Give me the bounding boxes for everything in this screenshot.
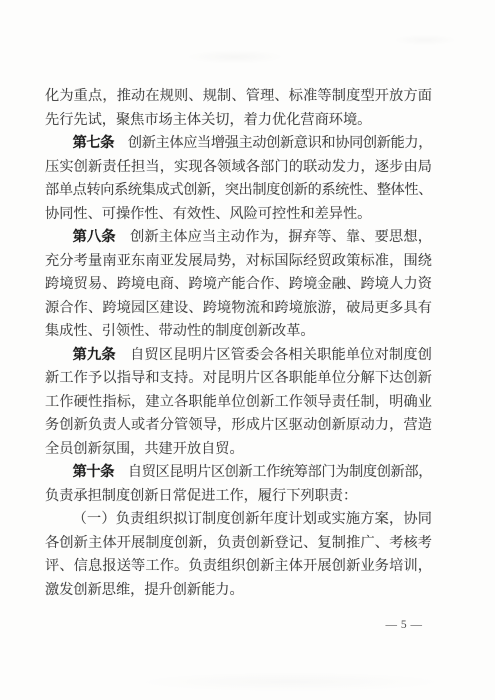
text-line: 跨境贸易、跨境电商、跨境产能合作、跨境金融、跨境人力资 — [45, 273, 432, 297]
article-number-label: 第八条 — [73, 229, 116, 245]
text-segment: 跨境贸易、跨境电商、跨境产能合作、跨境金融、跨境人力资 — [45, 276, 432, 292]
text-line: 充分考量南亚东南亚发展局势，对标国际经贸政策标准，围绕 — [45, 250, 432, 274]
text-line: 先行先试，聚焦市场主体关切，着力优化营商环境。 — [45, 109, 432, 133]
text-line: 第十条 自贸区昆明片区创新工作统筹部门为制度创新部， — [45, 461, 432, 485]
text-line: 负责承担制度创新日常促进工作，履行下列职责： — [45, 485, 432, 509]
text-segment: 协同性、可操作性、有效性、风险可控性和差异性。 — [45, 206, 371, 222]
text-line: 第七条 创新主体应当增强主动创新意识和协同创新能力， — [45, 132, 432, 156]
text-line: 工作硬性指标，建立各职能单位创新工作领导责任制，明确业 — [45, 391, 432, 415]
text-segment: 评、信息报送等工作。负责组织创新主体开展创新业务培训， — [45, 558, 432, 574]
text-segment: 源合作、跨境园区建设、跨境物流和跨境旅游，破局更多具有 — [45, 300, 432, 316]
text-line: 部单点转向系统集成式创新，突出制度创新的系统性、整体性、 — [45, 179, 432, 203]
text-segment: 负责承担制度创新日常促进工作，履行下列职责： — [45, 488, 357, 504]
text-line: 务创新负责人或者分管领导，形成片区驱动创新原动力，营造 — [45, 414, 432, 438]
text-line: 压实创新责任担当，实现各领域各部门的联动发力，逐步由局 — [45, 156, 432, 180]
text-line: （一）负责组织拟订制度创新年度计划或实施方案，协同 — [45, 508, 432, 532]
text-segment: 务创新负责人或者分管领导，形成片区驱动创新原动力，营造 — [45, 417, 432, 433]
text-line: 新工作予以指导和支持。对昆明片区各职能单位分解下达创新 — [45, 367, 432, 391]
text-segment: 自贸区昆明片区创新工作统筹部门为制度创新部， — [114, 464, 432, 480]
text-segment: 充分考量南亚东南亚发展局势，对标国际经贸政策标准，围绕 — [45, 253, 432, 269]
text-line: 各创新主体开展制度创新，负责创新登记、复制推广、考核考 — [45, 532, 432, 556]
page-number: — 5 — — [378, 617, 430, 633]
text-segment: 各创新主体开展制度创新，负责创新登记、复制推广、考核考 — [45, 535, 432, 551]
text-line: 协同性、可操作性、有效性、风险可控性和差异性。 — [45, 203, 432, 227]
text-segment: 部单点转向系统集成式创新，突出制度创新的系统性、整体性、 — [45, 182, 432, 198]
text-segment: 创新主体应当增强主动创新意识和协同创新能力， — [114, 135, 432, 151]
text-segment: 激发创新思维，提升创新能力。 — [45, 582, 244, 598]
text-line: 源合作、跨境园区建设、跨境物流和跨境旅游，破局更多具有 — [45, 297, 432, 321]
text-segment: 工作硬性指标，建立各职能单位创新工作领导责任制，明确业 — [45, 394, 432, 410]
text-segment: 先行先试，聚焦市场主体关切，着力优化营商环境。 — [45, 112, 371, 128]
text-segment: 集成性、引领性、带动性的制度创新改革。 — [45, 323, 315, 339]
text-segment: （一）负责组织拟订制度创新年度计划或实施方案，协同 — [73, 511, 432, 527]
text-segment: 创新主体应当主动作为，摒弃等、靠、要思想， — [116, 229, 432, 245]
text-line: 激发创新思维，提升创新能力。 — [45, 579, 432, 603]
document-page: 化为重点，推动在规则、规制、管理、标准等制度型开放方面先行先试，聚焦市场主体关切… — [0, 0, 495, 700]
text-segment: 自贸区昆明片区管委会各相关职能单位对制度创 — [116, 347, 432, 363]
text-block: 化为重点，推动在规则、规制、管理、标准等制度型开放方面先行先试，聚焦市场主体关切… — [45, 85, 432, 602]
text-segment: 全员创新氛围，共建开放自贸。 — [45, 441, 244, 457]
text-line: 评、信息报送等工作。负责组织创新主体开展创新业务培训， — [45, 555, 432, 579]
text-line: 第九条 自贸区昆明片区管委会各相关职能单位对制度创 — [45, 344, 432, 368]
text-line: 化为重点，推动在规则、规制、管理、标准等制度型开放方面 — [45, 85, 432, 109]
text-segment: 新工作予以指导和支持。对昆明片区各职能单位分解下达创新 — [45, 370, 432, 386]
text-line: 全员创新氛围，共建开放自贸。 — [45, 438, 432, 462]
article-number-label: 第十条 — [73, 464, 114, 480]
article-number-label: 第九条 — [73, 347, 116, 363]
text-line: 第八条 创新主体应当主动作为，摒弃等、靠、要思想， — [45, 226, 432, 250]
text-segment: 化为重点，推动在规则、规制、管理、标准等制度型开放方面 — [45, 88, 432, 104]
text-line: 集成性、引领性、带动性的制度创新改革。 — [45, 320, 432, 344]
text-segment: 压实创新责任担当，实现各领域各部门的联动发力，逐步由局 — [45, 159, 432, 175]
article-number-label: 第七条 — [73, 135, 114, 151]
